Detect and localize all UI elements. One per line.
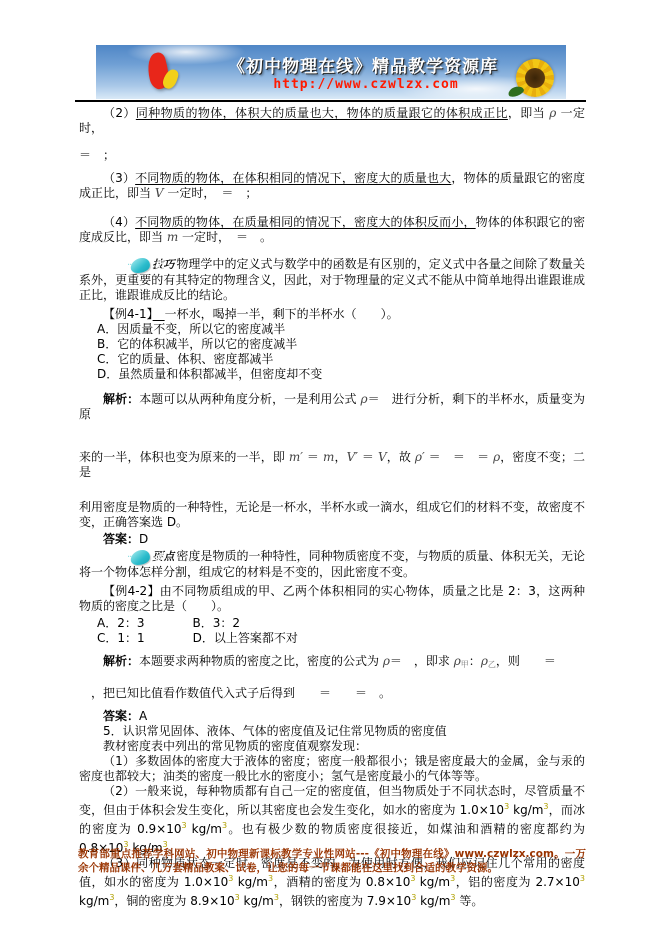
text-run: kg/m: [187, 822, 222, 836]
answer-4-1: 答案：D: [79, 532, 585, 547]
text-run: 来的一半，体积也变为原来的一半，即: [79, 450, 289, 464]
text-run: V′: [347, 450, 358, 464]
banner-title: 《初中物理在线》精品教学资源库: [198, 52, 528, 77]
text-run: 教材密度表中列出的常见物质的密度值观察发现：: [103, 739, 367, 753]
text-run: 不同物质的物体，在质量相同的情况下，密度大的体积反而小，: [135, 215, 476, 229]
sunflower-icon: [514, 59, 558, 99]
text-run: 甲: [461, 660, 469, 669]
text-run: kg/m: [415, 875, 450, 889]
text-run: 同种物质的物体，体积大的质量也大，物体的质量跟它的体积成正比: [136, 106, 508, 120]
text-run: （3）: [103, 171, 135, 185]
text-run: 答案：: [103, 532, 139, 546]
text-run: ρ: [361, 392, 368, 406]
text-run: A．2：3 B．3：2: [97, 616, 240, 630]
text-run: ρ: [481, 654, 488, 668]
footer-note: 教育部重点推荐学科网站、初中物理新课标教学专业性网站---《初中物理在线》www…: [78, 847, 586, 875]
text-run: 一定时， ＝ 。: [178, 230, 272, 244]
text-run: 【例4-1】: [103, 307, 153, 321]
text-run: 【例4-2】由不同物质组成的甲、乙两个体积相同的实心物体，质量之比是 2：3，这…: [79, 584, 585, 613]
tip-keypoint: ··破要点密度是物质的一种特性，同种物质密度不变，与物质的质量、体积无关，无论将…: [79, 549, 585, 580]
text-run: （4）: [103, 215, 135, 229]
item-3: （3）不同物质的物体，在体积相同的情况下，密度大的质量也大，物体的质量跟它的密度…: [79, 171, 585, 201]
text-run: ρ′: [415, 450, 425, 464]
text-run: A: [139, 709, 147, 723]
section-5-title: 5．认识常见固体、液体、气体的密度值及记住常见物质的密度值: [79, 724, 585, 739]
text-run: ρ: [454, 654, 461, 668]
text-run: ，酒精的密度为 0.8×10: [273, 875, 410, 889]
text-run: [153, 307, 165, 321]
text-run: ，钢铁的密度为 7.9×10: [279, 894, 411, 908]
text-run: kg/m: [509, 803, 543, 817]
item-4: （4）不同物质的物体，在质量相同的情况下，密度大的体积反而小，物体的体积跟它的密…: [79, 215, 585, 245]
banner-url-link[interactable]: http://www.czwlzx.com: [216, 77, 516, 92]
text-run: B．它的体积减半，所以它的密度减半: [97, 337, 297, 351]
text-run: （2）: [103, 106, 136, 120]
analysis-4-1-line2: 来的一半，体积也变为原来的一半，即 m′ ＝ m，V′ ＝ V，故 ρ′ ＝ ＝…: [79, 450, 585, 480]
text-run: 3: [580, 874, 585, 883]
document-body: （2）同种物质的物体，体积大的质量也大，物体的质量跟它的体积成正比，即当 ρ 一…: [79, 106, 585, 909]
text-run: 不同物质的物体，在体积相同的情况下，密度大的质量也大: [135, 171, 451, 185]
text-run: ρ: [383, 654, 390, 668]
text-run: ＝: [358, 450, 378, 464]
text-run: m: [167, 230, 178, 244]
text-run: D．虽然质量和体积都减半，但密度却不变: [97, 367, 322, 381]
text-run: 本题可以从两种角度分析，一是利用公式: [139, 392, 360, 406]
text-run: m: [323, 450, 334, 464]
key-point-icon: ··破要点: [103, 549, 174, 565]
text-run: 等。: [456, 894, 484, 908]
text-run: 解析：: [103, 654, 139, 668]
text-run: 5．认识常见固体、液体、气体的密度值及记住常见物质的密度值: [103, 724, 447, 738]
options-cd: C．1：1 D．以上答案都不对: [79, 631, 585, 646]
density-note-2: （2）一般来说，每种物质都有自己一定的密度值，但当物质处于不同状态时，尽管质量不…: [79, 784, 585, 856]
header-banner: 《初中物理在线》精品教学资源库 http://www.czwlzx.com: [96, 45, 566, 99]
text-run: ，故: [387, 450, 415, 464]
text-run: ，则 ＝: [496, 654, 556, 668]
text-run: ，把已知比值看作数值代入式子后得到 ＝ ＝ 。: [91, 686, 391, 700]
text-run: kg/m: [416, 894, 450, 908]
options-ab: A．2：3 B．3：2: [79, 616, 585, 631]
text-run: 一定时， ＝ ；: [164, 186, 258, 200]
text-run: kg/m: [240, 894, 274, 908]
option-d: D．虽然质量和体积都减半，但密度却不变: [79, 367, 585, 382]
text-run: 答案：: [103, 709, 139, 723]
text-run: 一杯水，喝掉一半，剩下的半杯水（ ）。: [165, 307, 399, 321]
option-b: B．它的体积减半，所以它的密度减半: [79, 337, 585, 352]
text-run: ＝ ；: [79, 148, 115, 162]
text-run: A．因质量不变，所以它的密度减半: [97, 322, 285, 336]
example-4-1: 【例4-1】 一杯水，喝掉一半，剩下的半杯水（ ）。: [79, 307, 585, 322]
text-run: m′: [289, 450, 303, 464]
text-run: ＝ ，即求: [390, 654, 454, 668]
text-run: 解析：: [103, 392, 139, 406]
sunflower-center: [525, 68, 545, 88]
tip-technique: ··析技巧物理学中的定义式与数学中的函数是有区别的，定义式中各量之间除了数量关系…: [79, 257, 585, 303]
option-c: C．它的质量、体积、密度都减半: [79, 352, 585, 367]
item-2: （2）同种物质的物体，体积大的质量也大，物体的质量跟它的体积成正比，即当 ρ 一…: [79, 106, 585, 136]
example-4-2: 【例4-2】由不同物质组成的甲、乙两个体积相同的实心物体，质量之比是 2：3，这…: [79, 584, 585, 614]
text-run: C．它的质量、体积、密度都减半: [97, 352, 273, 366]
text-run: 利用密度是物质的一种特性，无论是一杯水，半杯水或一滴水，组成它们的材料不变，故密…: [79, 500, 585, 529]
text-run: ＝ ＝ ＝: [425, 450, 493, 464]
option-a: A．因质量不变，所以它的密度减半: [79, 322, 585, 337]
text-run: ＝: [303, 450, 323, 464]
analysis-4-2-line2: ，把已知比值看作数值代入式子后得到 ＝ ＝ 。: [79, 686, 585, 701]
analysis-4-1-line1: 解析：本题可以从两种角度分析，一是利用公式 ρ＝ 进行分析，剩下的半杯水，质量变…: [79, 392, 585, 422]
text-run: D: [139, 532, 148, 546]
density-note-1: （1）多数固体的密度大于液体的密度；密度一般都很小；锇是密度最大的金属，金与汞的…: [79, 754, 585, 784]
text-run: V: [378, 450, 387, 464]
analysis-tip-icon: ··析技巧: [103, 257, 174, 273]
section-5-intro: 教材密度表中列出的常见物质的密度值观察发现：: [79, 739, 585, 754]
answer-4-2: 答案：A: [79, 709, 585, 724]
text-run: V: [155, 186, 164, 200]
text-run: C．1：1 D．以上答案都不对: [97, 631, 298, 645]
item-2-formula: ＝ ；: [79, 148, 585, 163]
text-run: 本题要求两种物质的密度之比，密度的公式为: [139, 654, 383, 668]
analysis-4-1-line3: 利用密度是物质的一种特性，无论是一杯水，半杯水或一滴水，组成它们的材料不变，故密…: [79, 500, 585, 530]
analysis-4-2-line1: 解析：本题要求两种物质的密度之比，密度的公式为 ρ＝ ，即求 ρ甲：ρ乙，则 ＝: [79, 654, 585, 672]
text-run: kg/m: [233, 875, 268, 889]
text-run: ：: [469, 654, 481, 668]
text-run: ，: [334, 450, 346, 464]
text-run: ，铝的密度为 2.7×10: [455, 875, 580, 889]
text-run: （1）多数固体的密度大于液体的密度；密度一般都很小；锇是密度最大的金属，金与汞的…: [79, 754, 585, 783]
text-run: 乙: [488, 660, 496, 669]
header-divider: [75, 100, 586, 102]
document-page: 《初中物理在线》精品教学资源库 http://www.czwlzx.com （2…: [0, 0, 661, 936]
text-run: ，铜的密度为 8.9×10: [114, 894, 234, 908]
text-run: kg/m: [79, 894, 109, 908]
text-run: ，即当: [508, 106, 549, 120]
site-logo-icon: [140, 51, 190, 95]
